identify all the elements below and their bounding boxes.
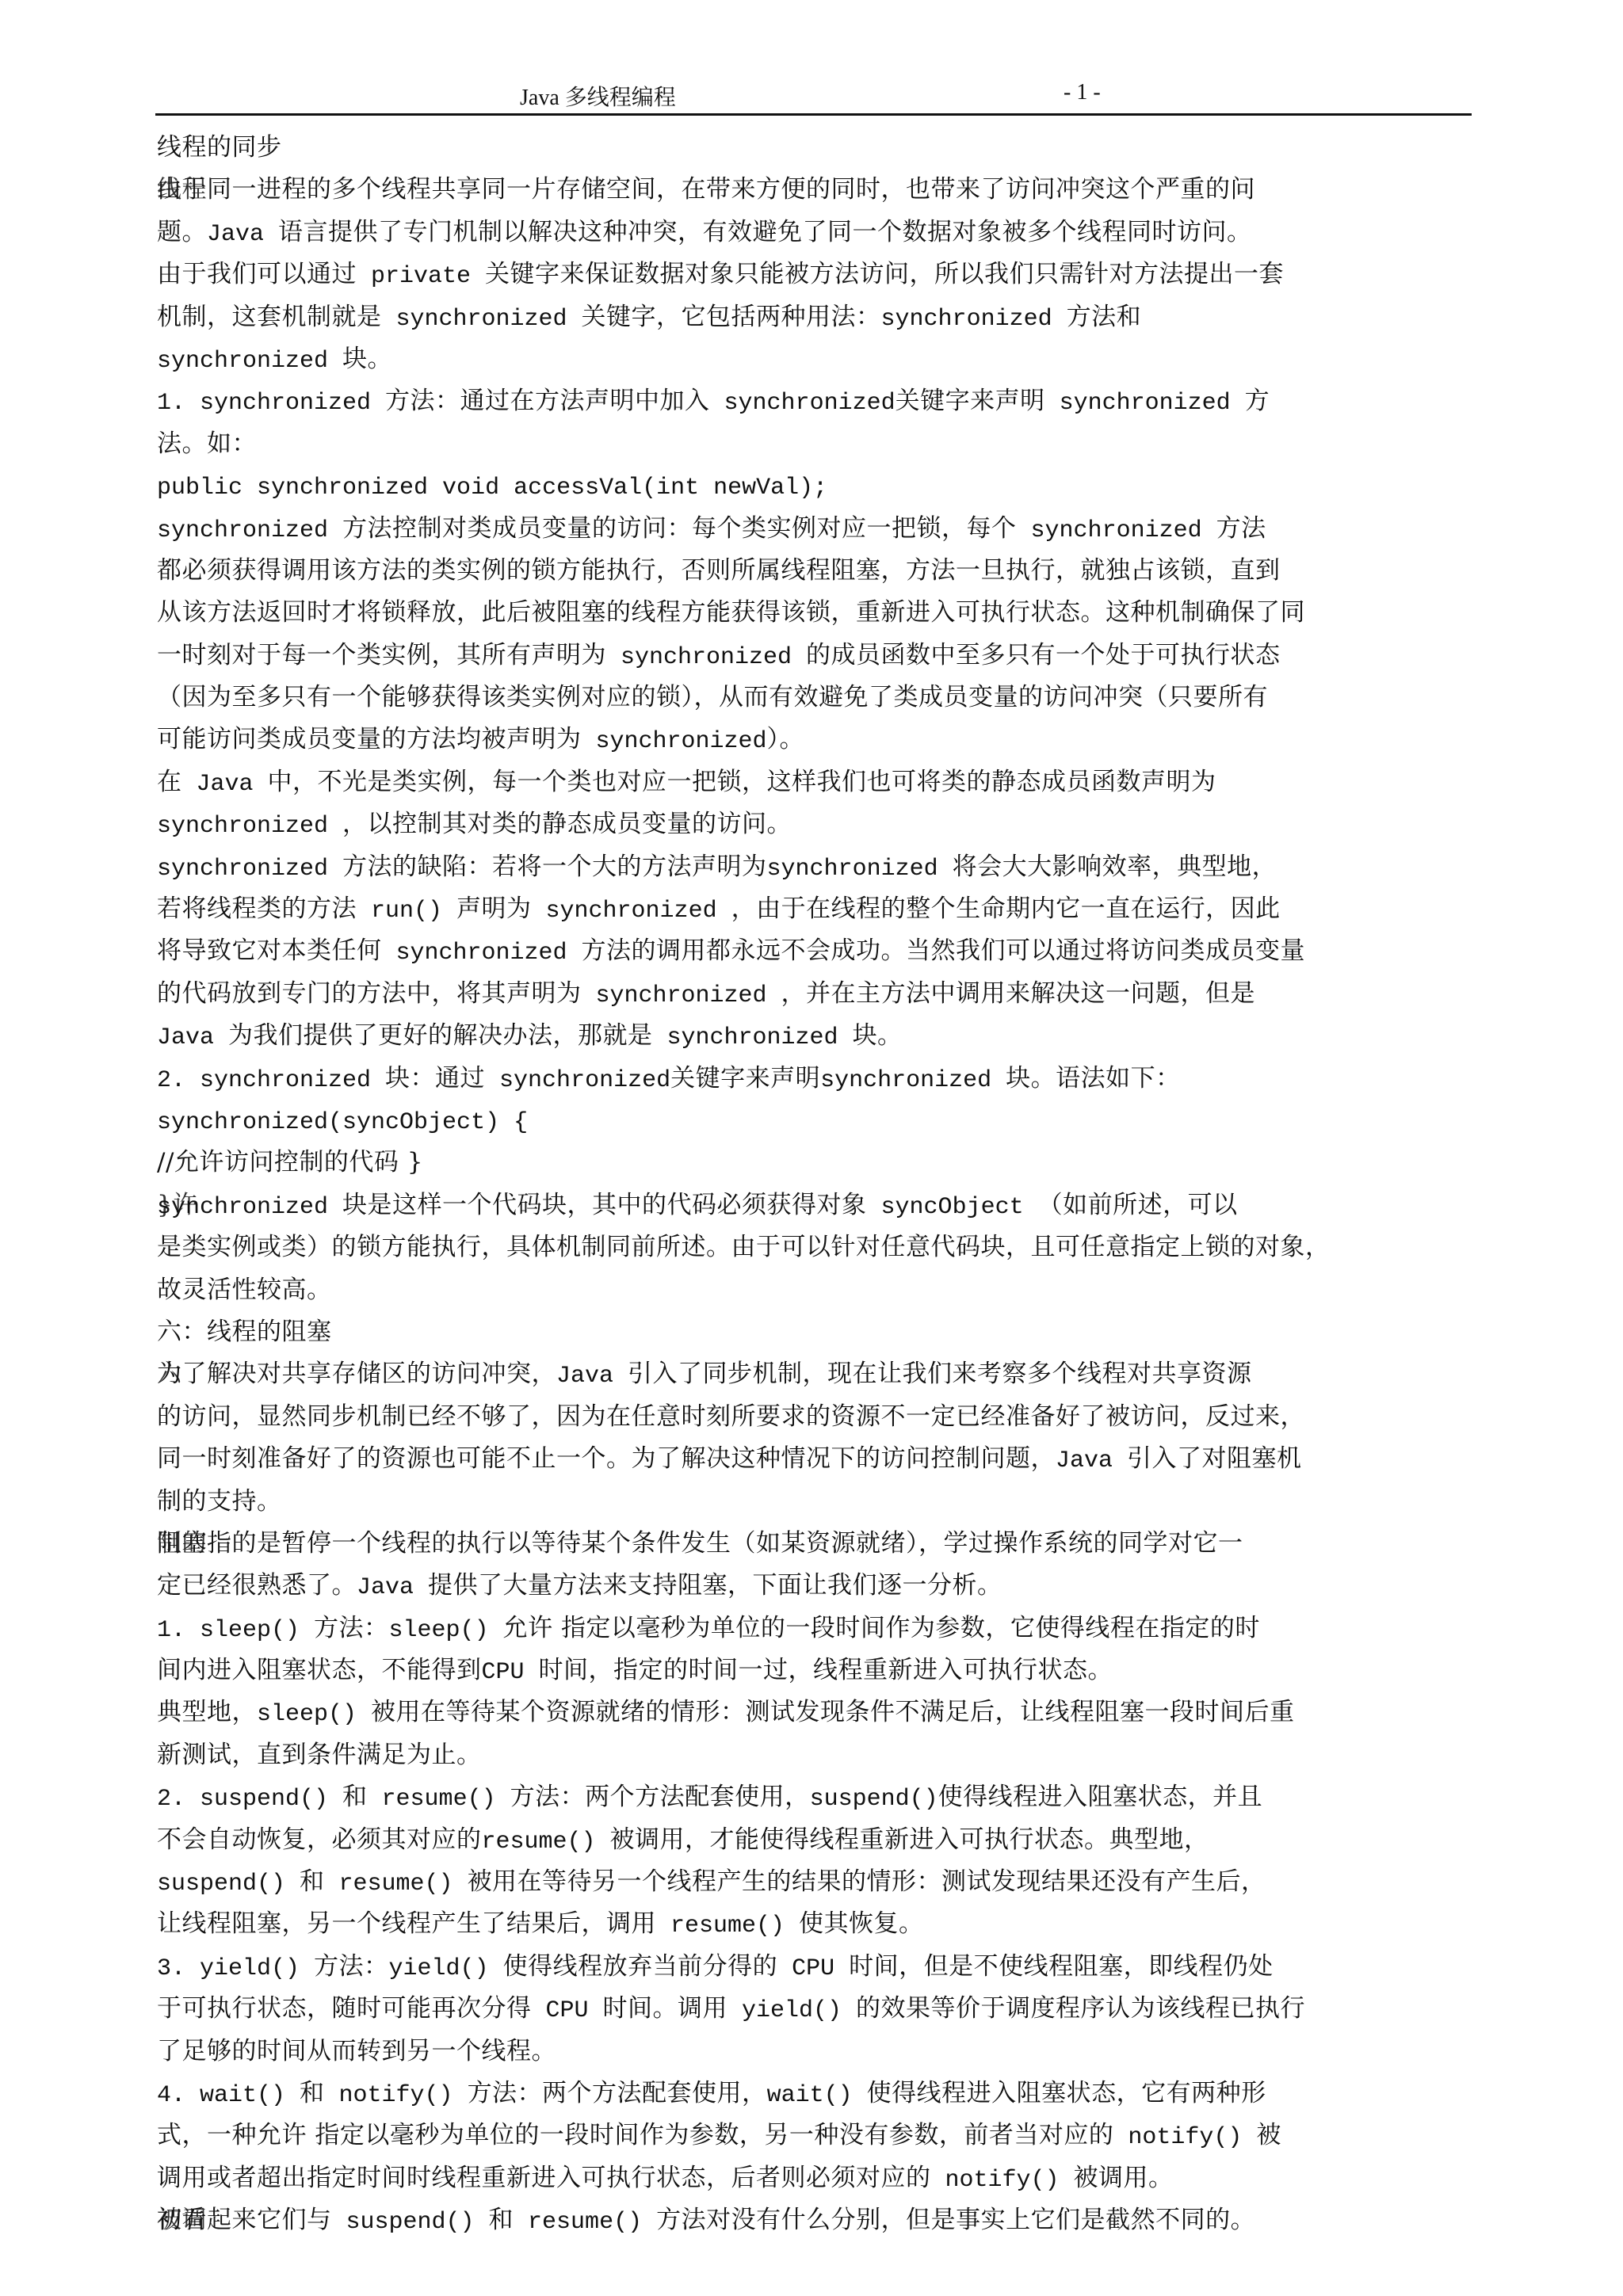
text-line: 1. sleep() 方法：sleep() 允许 指定以毫秒为单位的一段时间作为… bbox=[157, 1608, 1476, 1650]
text-line: 了足够的时间从而转到另一个线程。 bbox=[157, 2031, 1476, 2073]
line-text: 将导致它对本类任何 synchronized 方法的调用都永远不会成功。当然我们… bbox=[157, 936, 1305, 965]
text-line: synchronized(syncObject) { bbox=[157, 1100, 1476, 1142]
document-title: Java 多线程编程 bbox=[520, 80, 676, 112]
text-line: 故灵活性较高。 bbox=[157, 1269, 1476, 1311]
overlapped-glyph: 被调 bbox=[157, 2199, 207, 2241]
line-text: 都必须获得调用该方法的类实例的锁方能执行，否则所属线程阻塞，方法一旦执行，就独占… bbox=[157, 556, 1281, 585]
overlapped-glyph: 六 bbox=[157, 1353, 182, 1395]
line-text: 2. synchronized 块：通过 synchronized关键字来声明s… bbox=[157, 1064, 1181, 1093]
text-line: 不会自动恢复，必须其对应的resume() 被调用，才能使得线程重新进入可执行状… bbox=[157, 1819, 1476, 1861]
text-line: }许 synchronized 块是这样一个代码块，其中的代码必须获得对象 sy… bbox=[157, 1184, 1476, 1226]
line-text: synchronized ，以控制其对类的静态成员变量的访问。 bbox=[157, 810, 792, 838]
text-line: synchronized 方法控制对类成员变量的访问：每个类实例对应一把锁，每个… bbox=[157, 508, 1476, 550]
text-line: 都必须获得调用该方法的类实例的锁方能执行，否则所属线程阻塞，方法一旦执行，就独占… bbox=[157, 550, 1476, 592]
text-line: synchronized 方法的缺陷：若将一个大的方法声明为synchroniz… bbox=[157, 846, 1476, 888]
line-text: 4. wait() 和 notify() 方法：两个方法配套使用，wait() … bbox=[157, 2079, 1266, 2107]
text-line: 制的 阻塞指的是暂停一个线程的执行以等待某个条件发生（如某资源就绪），学过操作系… bbox=[157, 1523, 1476, 1565]
line-text: 1. sleep() 方法：sleep() 允许 指定以毫秒为单位的一段时间作为… bbox=[157, 1614, 1260, 1642]
line-text: 在 Java 中，不光是类实例，每一个类也对应一把锁，这样我们也可将类的静态成员… bbox=[157, 768, 1216, 796]
line-text: 不会自动恢复，必须其对应的resume() 被调用，才能使得线程重新进入可执行状… bbox=[157, 1825, 1209, 1854]
line-text: 题。Java 语言提供了专门机制以解决这种冲突，有效避免了同一个数据对象被多个线… bbox=[157, 218, 1252, 246]
line-text: 机制，这套机制就是 synchronized 关键字，它包括两种用法：synch… bbox=[157, 303, 1141, 331]
line-text: 六：线程的阻塞 bbox=[157, 1318, 332, 1346]
line-text: synchronized 方法控制对类成员变量的访问：每个类实例对应一把锁，每个… bbox=[157, 514, 1266, 543]
line-text: 由于我们可以通过 private 关键字来保证数据对象只能被方法访问，所以我们只… bbox=[157, 260, 1284, 288]
line-text: 同一时刻准备好了的资源也可能不止一个。为了解决这种情况下的访问控制问题，Java… bbox=[157, 1444, 1302, 1473]
text-line: 2. suspend() 和 resume() 方法：两个方法配套使用，susp… bbox=[157, 1776, 1476, 1818]
line-text: 若将线程类的方法 run() 声明为 synchronized ，由于在线程的整… bbox=[157, 894, 1281, 923]
line-text: （因为至多只有一个能够获得该类实例对应的锁），从而有效避免了类成员变量的访问冲突… bbox=[157, 683, 1268, 711]
overlapped-glyph: }许 bbox=[157, 1184, 198, 1226]
line-text: 初看起来它们与 suspend() 和 resume() 方法对没有什么分别，但… bbox=[157, 2206, 1255, 2234]
line-text: 式，一种允许 指定以毫秒为单位的一段时间作为参数，另一种没有参数，前者当对应的 … bbox=[157, 2121, 1281, 2149]
overlapped-glyph: 制的 bbox=[157, 1523, 207, 1565]
line-text: 从该方法返回时才将锁释放，此后被阻塞的线程方能获得该锁，重新进入可执行状态。这种… bbox=[157, 598, 1305, 627]
text-line: 于可执行状态，随时可能再次分得 CPU 时间。调用 yield() 的效果等价于… bbox=[157, 1988, 1476, 2030]
line-text: 于可执行状态，随时可能再次分得 CPU 时间。调用 yield() 的效果等价于… bbox=[157, 1994, 1305, 2023]
text-line: 将导致它对本类任何 synchronized 方法的调用都永远不会成功。当然我们… bbox=[157, 930, 1476, 972]
text-line: 从该方法返回时才将锁释放，此后被阻塞的线程方能获得该锁，重新进入可执行状态。这种… bbox=[157, 592, 1476, 634]
page-header: Java 多线程编程 - 1 - bbox=[155, 75, 1472, 116]
line-text: 了足够的时间从而转到另一个线程。 bbox=[157, 2037, 556, 2065]
section-heading: 六：线程的阻塞 bbox=[157, 1311, 1476, 1353]
line-text: synchronized 块。 bbox=[157, 345, 392, 373]
text-line: 同一时刻准备好了的资源也可能不止一个。为了解决这种情况下的访问控制问题，Java… bbox=[157, 1438, 1476, 1480]
text-line: 的访问，显然同步机制已经不够了，因为在任意时刻所要求的资源不一定已经准备好了被访… bbox=[157, 1396, 1476, 1438]
line-text: 阻塞指的是暂停一个线程的执行以等待某个条件发生（如某资源就绪），学过操作系统的同… bbox=[157, 1529, 1243, 1558]
line-text: 定已经很熟悉了。Java 提供了大量方法来支持阻塞，下面让我们逐一分析。 bbox=[157, 1571, 1002, 1600]
text-line: 4. wait() 和 notify() 方法：两个方法配套使用，wait() … bbox=[157, 2073, 1476, 2115]
line-text: 由于同一进程的多个线程共享同一片存储空间，在带来方便的同时，也带来了访问冲突这个… bbox=[157, 175, 1255, 204]
line-text: 的访问，显然同步机制已经不够了，因为在任意时刻所要求的资源不一定已经准备好了被访… bbox=[157, 1402, 1305, 1431]
text-line: 六 为了解决对共享存储区的访问冲突，Java 引入了同步机制，现在让我们来考察多… bbox=[157, 1353, 1476, 1395]
text-line: 让线程阻塞，另一个线程产生了结果后，调用 resume() 使其恢复。 bbox=[157, 1903, 1476, 1945]
text-line: 制的支持。 bbox=[157, 1481, 1476, 1523]
line-text: Java 为我们提供了更好的解决办法，那就是 synchronized 块。 bbox=[157, 1021, 903, 1050]
line-text: 一时刻对于每一个类实例，其所有声明为 synchronized 的成员函数中至多… bbox=[157, 641, 1281, 669]
text-line: 的代码放到专门的方法中，将其声明为 synchronized ，并在主方法中调用… bbox=[157, 973, 1476, 1015]
text-line: 可能访问类成员变量的方法均被声明为 synchronized）。 bbox=[157, 719, 1476, 761]
line-text: 典型地，sleep() 被用在等待某个资源就绪的情形：测试发现条件不满足后，让线… bbox=[157, 1698, 1295, 1726]
line-text: synchronized(syncObject) { bbox=[157, 1106, 528, 1135]
text-line: 一时刻对于每一个类实例，其所有声明为 synchronized 的成员函数中至多… bbox=[157, 635, 1476, 677]
line-text: 线程的同步 bbox=[157, 133, 282, 162]
line-text: 为了解决对共享存储区的访问冲突，Java 引入了同步机制，现在让我们来考察多个线… bbox=[157, 1360, 1252, 1388]
text-line: （因为至多只有一个能够获得该类实例对应的锁），从而有效避免了类成员变量的访问冲突… bbox=[157, 677, 1476, 719]
line-text: 制的支持。 bbox=[157, 1487, 282, 1516]
line-text: 1. synchronized 方法：通过在方法声明中加入 synchroniz… bbox=[157, 387, 1270, 415]
text-line: synchronized 块。 bbox=[157, 338, 1476, 380]
text-line: 在 Java 中，不光是类实例，每一个类也对应一把锁，这样我们也可将类的静态成员… bbox=[157, 761, 1476, 803]
document-body: 线程的同步线程 由于同一进程的多个线程共享同一片存储空间，在带来方便的同时，也带… bbox=[157, 127, 1476, 2242]
line-text: synchronized 方法的缺陷：若将一个大的方法声明为synchroniz… bbox=[157, 852, 1277, 881]
line-text: 3. yield() 方法：yield() 使得线程放弃当前分得的 CPU 时间… bbox=[157, 1952, 1274, 1981]
line-text: 法。如： bbox=[157, 429, 257, 458]
text-line: 题。Java 语言提供了专门机制以解决这种冲突，有效避免了同一个数据对象被多个线… bbox=[157, 212, 1476, 254]
text-line: 若将线程类的方法 run() 声明为 synchronized ，由于在线程的整… bbox=[157, 888, 1476, 930]
line-text: 调用或者超出指定时间时线程重新进入可执行状态，后者则必须对应的 notify()… bbox=[157, 2164, 1174, 2192]
text-line: 新测试，直到条件满足为止。 bbox=[157, 1734, 1476, 1776]
line-text: synchronized 块是这样一个代码块，其中的代码必须获得对象 syncO… bbox=[157, 1191, 1238, 1219]
line-text: public synchronized void accessVal(int n… bbox=[157, 471, 827, 500]
text-line: //允许访问控制的代码 } bbox=[157, 1142, 1476, 1184]
text-line: Java 为我们提供了更好的解决办法，那就是 synchronized 块。 bbox=[157, 1015, 1476, 1057]
text-line: 式，一种允许 指定以毫秒为单位的一段时间作为参数，另一种没有参数，前者当对应的 … bbox=[157, 2115, 1476, 2157]
text-line: 间内进入阻塞状态，不能得到CPU 时间，指定的时间一过，线程重新进入可执行状态。 bbox=[157, 1650, 1476, 1691]
overlapped-glyph: 线程 bbox=[157, 169, 207, 211]
text-line: 由于我们可以通过 private 关键字来保证数据对象只能被方法访问，所以我们只… bbox=[157, 254, 1476, 296]
text-line: synchronized ，以控制其对类的静态成员变量的访问。 bbox=[157, 803, 1476, 845]
line-text: 是类实例或类）的锁方能执行，具体机制同前所述。由于可以针对任意代码块，且可任意指… bbox=[157, 1233, 1331, 1261]
line-text: 的代码放到专门的方法中，将其声明为 synchronized ，并在主方法中调用… bbox=[157, 979, 1255, 1008]
line-text: 间内进入阻塞状态，不能得到CPU 时间，指定的时间一过，线程重新进入可执行状态。 bbox=[157, 1656, 1113, 1684]
section-heading: 线程的同步 bbox=[157, 127, 1476, 169]
text-line: 2. synchronized 块：通过 synchronized关键字来声明s… bbox=[157, 1058, 1476, 1100]
text-line: 3. yield() 方法：yield() 使得线程放弃当前分得的 CPU 时间… bbox=[157, 1946, 1476, 1988]
text-line: 线程 由于同一进程的多个线程共享同一片存储空间，在带来方便的同时，也带来了访问冲… bbox=[157, 169, 1476, 211]
text-line: 机制，这套机制就是 synchronized 关键字，它包括两种用法：synch… bbox=[157, 296, 1476, 338]
text-line: public synchronized void accessVal(int n… bbox=[157, 465, 1476, 507]
text-line: 1. synchronized 方法：通过在方法声明中加入 synchroniz… bbox=[157, 380, 1476, 422]
text-line: 调用或者超出指定时间时线程重新进入可执行状态，后者则必须对应的 notify()… bbox=[157, 2157, 1476, 2199]
text-line: 法。如： bbox=[157, 423, 1476, 465]
line-text: //允许访问控制的代码 } bbox=[157, 1148, 423, 1177]
text-line: 典型地，sleep() 被用在等待某个资源就绪的情形：测试发现条件不满足后，让线… bbox=[157, 1691, 1476, 1733]
line-text: 2. suspend() 和 resume() 方法：两个方法配套使用，susp… bbox=[157, 1783, 1262, 1811]
text-line: 被调 初看起来它们与 suspend() 和 resume() 方法对没有什么分… bbox=[157, 2199, 1476, 2241]
text-line: 是类实例或类）的锁方能执行，具体机制同前所述。由于可以针对任意代码块，且可任意指… bbox=[157, 1226, 1476, 1268]
line-text: suspend() 和 resume() 被用在等待另一个线程产生的结果的情形：… bbox=[157, 1867, 1266, 1896]
text-line: 定已经很熟悉了。Java 提供了大量方法来支持阻塞，下面让我们逐一分析。 bbox=[157, 1565, 1476, 1607]
line-text: 让线程阻塞，另一个线程产生了结果后，调用 resume() 使其恢复。 bbox=[157, 1909, 924, 1938]
page-number: - 1 - bbox=[1064, 80, 1101, 105]
line-text: 新测试，直到条件满足为止。 bbox=[157, 1741, 482, 1769]
text-line: suspend() 和 resume() 被用在等待另一个线程产生的结果的情形：… bbox=[157, 1861, 1476, 1903]
line-text: 可能访问类成员变量的方法均被声明为 synchronized）。 bbox=[157, 725, 804, 753]
line-text: 故灵活性较高。 bbox=[157, 1276, 332, 1304]
